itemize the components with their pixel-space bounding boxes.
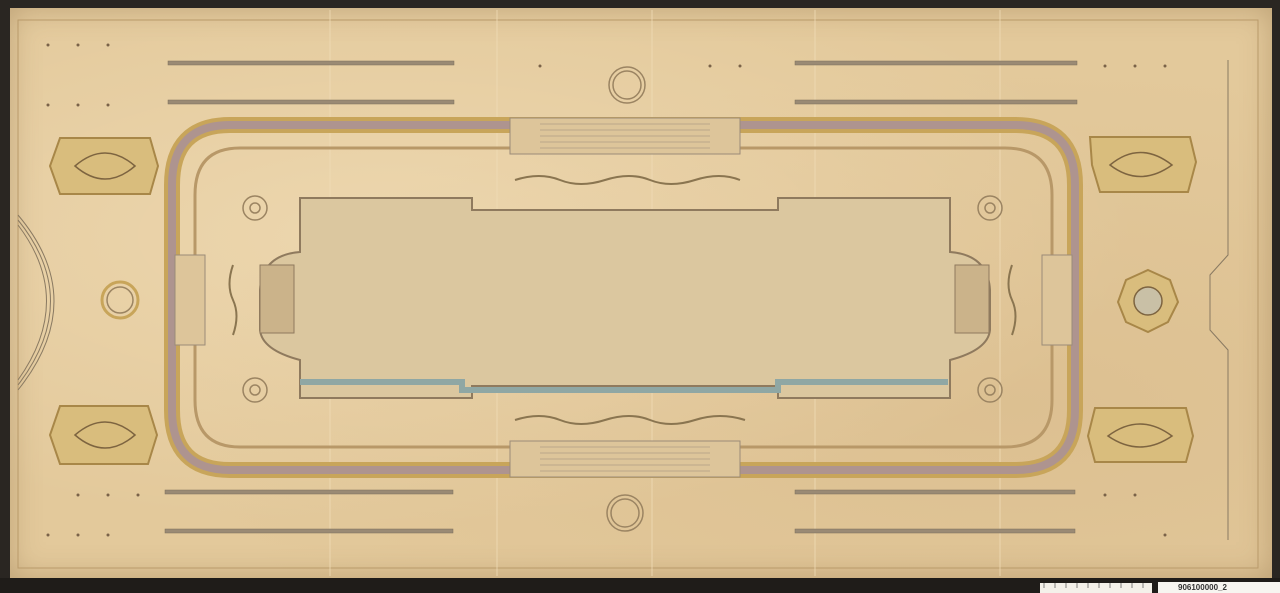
left-step-panel	[260, 265, 294, 333]
ceiling-plan-drawing	[10, 8, 1272, 578]
drawing-sheet	[10, 8, 1272, 578]
catalog-number: 906100000_2	[1158, 582, 1280, 593]
right-wall-outline	[1210, 60, 1228, 540]
central-panel	[260, 198, 990, 398]
scale-ruler	[1040, 583, 1152, 593]
left-apse-arc	[18, 215, 54, 390]
right-step-panel	[955, 265, 989, 333]
